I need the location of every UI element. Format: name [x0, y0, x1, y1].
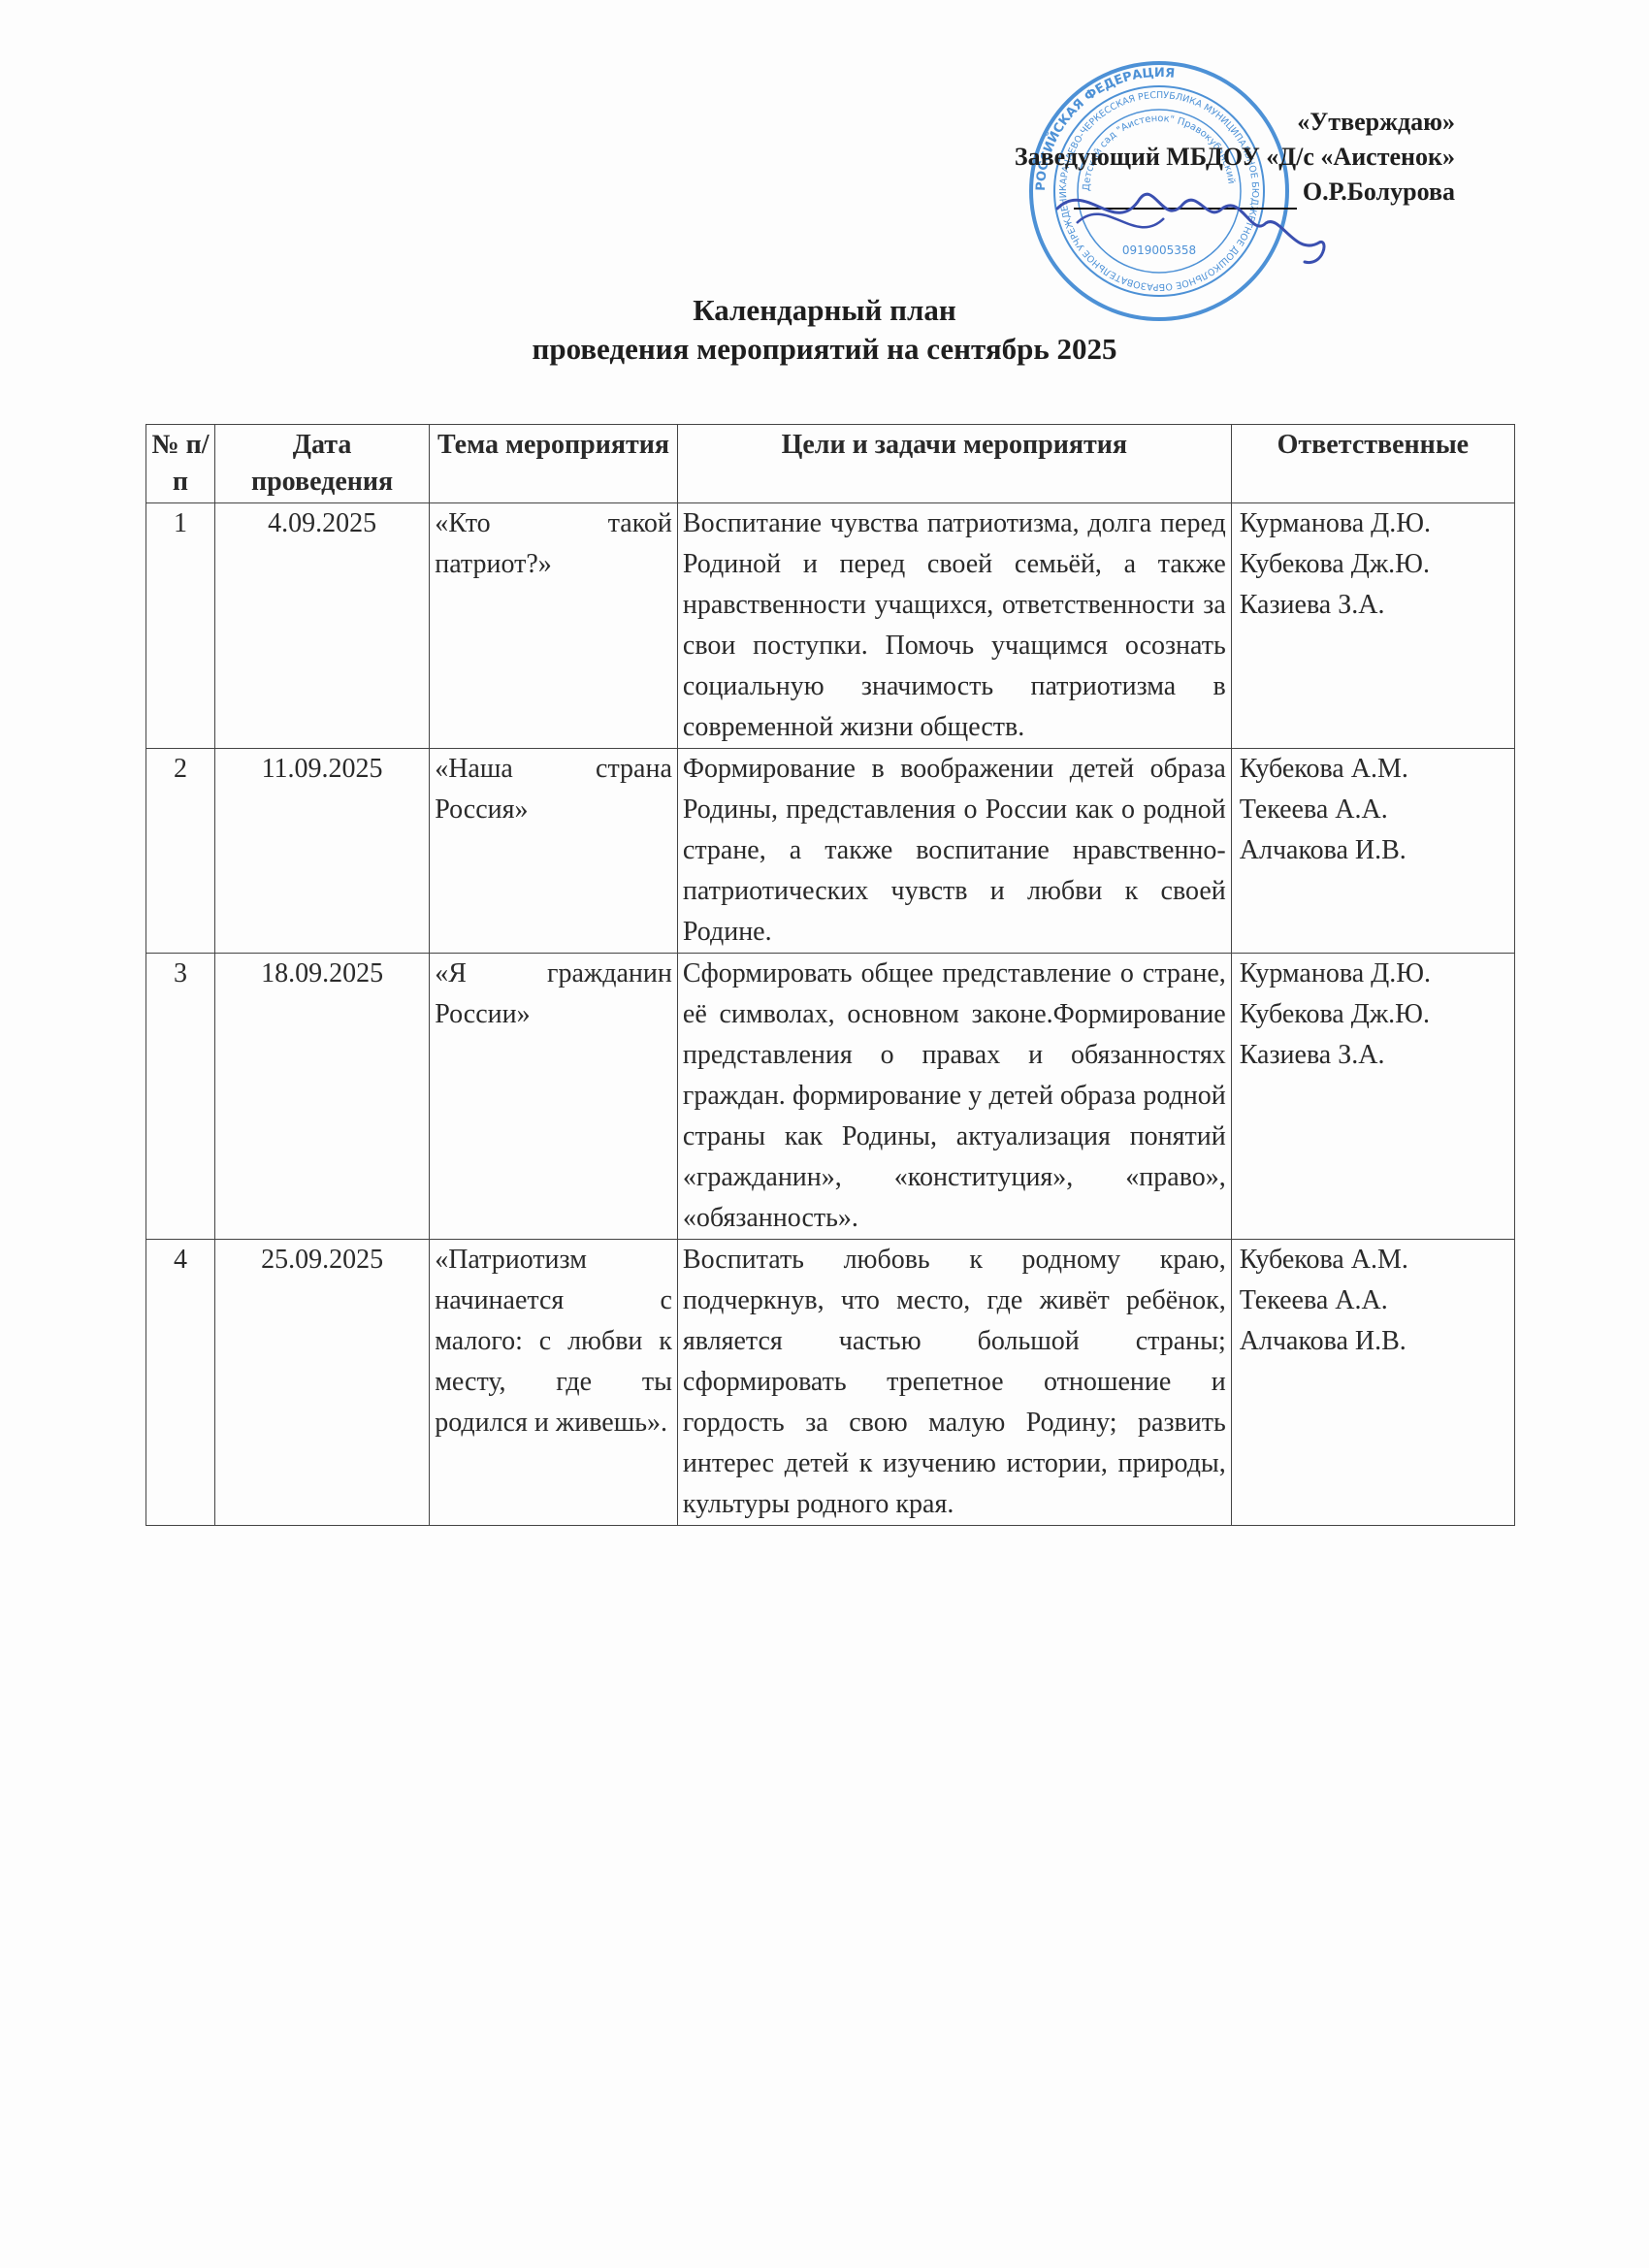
table-header-row: № п/п Дата проведения Тема мероприятия Ц… — [146, 425, 1515, 503]
row-date: 18.09.2025 — [214, 954, 429, 1240]
approval-label: «Утверждаю» — [854, 105, 1455, 140]
responsible-person: Кубекова Дж.Ю. — [1240, 544, 1509, 585]
responsible-person: Казиева З.А. — [1240, 1035, 1509, 1076]
responsible-person: Кубекова Дж.Ю. — [1240, 994, 1509, 1035]
header-responsible: Ответственные — [1231, 425, 1514, 503]
row-date: 25.09.2025 — [214, 1240, 429, 1526]
responsible-person: Курманова Д.Ю. — [1240, 503, 1509, 544]
row-date: 4.09.2025 — [214, 503, 429, 749]
row-date: 11.09.2025 — [214, 749, 429, 954]
row-goals: Воспитать любовь к родному краю, подчерк… — [677, 1240, 1231, 1526]
responsible-person: Текеева А.А. — [1240, 1280, 1509, 1321]
row-goals: Сформировать общее представление о стран… — [677, 954, 1231, 1240]
responsible-person: Курманова Д.Ю. — [1240, 954, 1509, 994]
responsible-person: Алчакова И.В. — [1240, 830, 1509, 871]
row-responsible: Курманова Д.Ю. Кубекова Дж.Ю. Казиева З.… — [1231, 503, 1514, 749]
table-row: 4 25.09.2025 «Патриотизм начинается с ма… — [146, 1240, 1515, 1526]
row-topic: «Я гражданин России» — [430, 954, 678, 1240]
row-goals: Формирование в воображении детей образа … — [677, 749, 1231, 954]
page-title: Календарный план проведения мероприятий … — [0, 291, 1649, 369]
table-row: 3 18.09.2025 «Я гражданин России» Сформи… — [146, 954, 1515, 1240]
row-responsible: Кубекова А.М. Текеева А.А. Алчакова И.В. — [1231, 749, 1514, 954]
row-goals: Воспитание чувства патриотизма, долга пе… — [677, 503, 1231, 749]
header-number: № п/п — [146, 425, 215, 503]
row-responsible: Курманова Д.Ю. Кубекова Дж.Ю. Казиева З.… — [1231, 954, 1514, 1240]
row-number: 1 — [146, 503, 215, 749]
title-line-1: Календарный план — [0, 291, 1649, 330]
responsible-person: Кубекова А.М. — [1240, 749, 1509, 790]
responsible-person: Алчакова И.В. — [1240, 1321, 1509, 1362]
row-responsible: Кубекова А.М. Текеева А.А. Алчакова И.В. — [1231, 1240, 1514, 1526]
header-goals: Цели и задачи мероприятия — [677, 425, 1231, 503]
row-topic: «Наша страна Россия» — [430, 749, 678, 954]
responsible-person: Кубекова А.М. — [1240, 1240, 1509, 1280]
table-row: 2 11.09.2025 «Наша страна Россия» Формир… — [146, 749, 1515, 954]
header-date: Дата проведения — [214, 425, 429, 503]
row-topic: «Кто такой патриот?» — [430, 503, 678, 749]
header-topic: Тема мероприятия — [430, 425, 678, 503]
row-number: 2 — [146, 749, 215, 954]
row-topic: «Патриотизм начинается с малого: с любви… — [430, 1240, 678, 1526]
table-row: 1 4.09.2025 «Кто такой патриот?» Воспита… — [146, 503, 1515, 749]
title-line-2: проведения мероприятий на сентябрь 2025 — [0, 330, 1649, 369]
row-number: 4 — [146, 1240, 215, 1526]
responsible-person: Казиева З.А. — [1240, 585, 1509, 626]
events-plan-table: № п/п Дата проведения Тема мероприятия Ц… — [145, 424, 1515, 1526]
row-number: 3 — [146, 954, 215, 1240]
signature-icon — [1048, 170, 1329, 286]
responsible-person: Текеева А.А. — [1240, 790, 1509, 830]
